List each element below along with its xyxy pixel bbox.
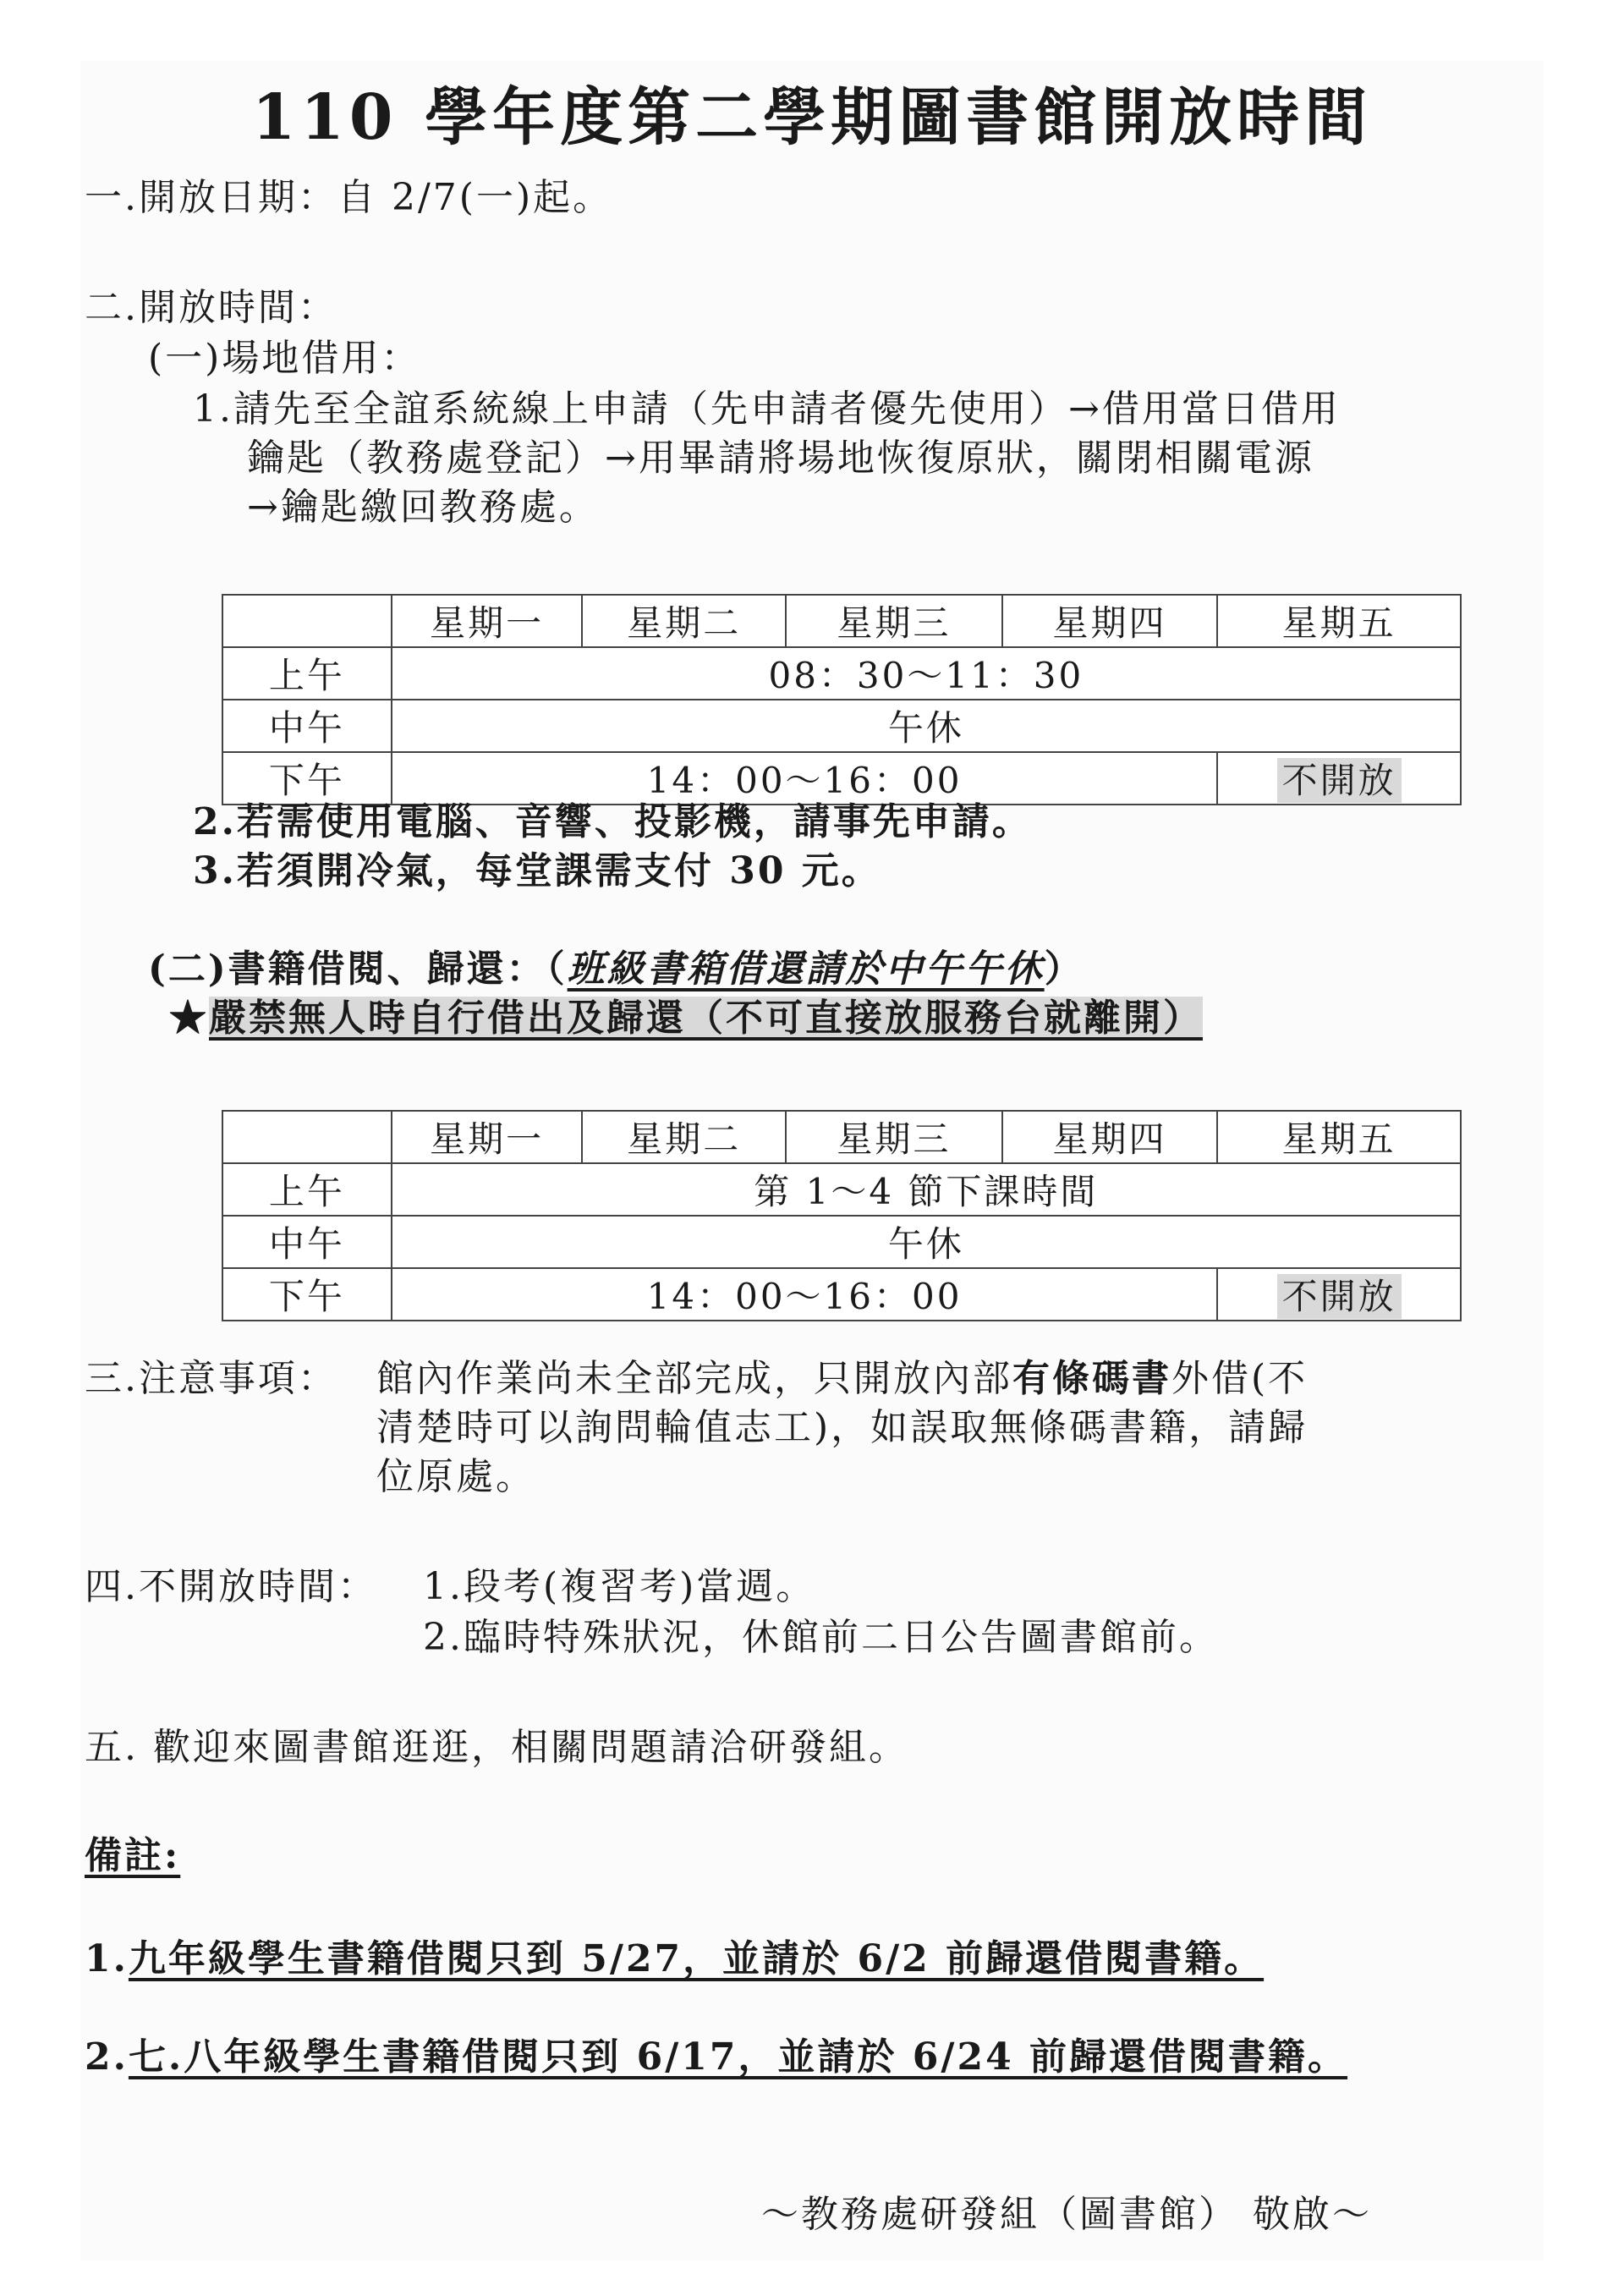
row-label: 中午 — [222, 1216, 392, 1268]
open-hours-heading: 二.開放時間： — [85, 284, 337, 332]
venue-heading: (一)場地借用： — [148, 335, 420, 382]
row-label: 中午 — [222, 700, 392, 752]
row-value: 第 1～4 節下課時間 — [392, 1163, 1461, 1216]
header-cell — [222, 595, 392, 647]
header-cell: 星期五 — [1217, 595, 1461, 647]
books-heading-note: 班級書箱借還請於中午午休 — [568, 948, 1045, 991]
header-cell: 星期五 — [1217, 1111, 1461, 1163]
header-cell: 星期三 — [786, 595, 1002, 647]
header-cell: 星期三 — [786, 1111, 1002, 1163]
barcode-books-emphasis: 有條碼書 — [1012, 1357, 1171, 1400]
venue-item1-line1: 1.請先至全誼系統線上申請（先申請者優先使用）→借用當日借用 — [193, 386, 1341, 433]
venue-schedule-table: 星期一 星期二 星期三 星期四 星期五 上午 08：30～11：30 中午 午休… — [222, 594, 1462, 805]
row-value: 午休 — [392, 1216, 1461, 1268]
closed-label: 不開放 — [1277, 1274, 1402, 1319]
note-item: 1.九年級學生書籍借閱只到 5/27，並請於 6/2 前歸還借閱書籍。 — [85, 1936, 1264, 1983]
notice-line3: 位原處。 — [376, 1453, 535, 1501]
table-row: 中午 午休 — [222, 700, 1461, 752]
row-value: 14：00～16：00 — [392, 1268, 1218, 1321]
books-warning: ★嚴禁無人時自行借出及歸還（不可直接放服務台就離開） — [169, 995, 1203, 1042]
row-label: 下午 — [222, 1268, 392, 1321]
books-heading: (二)書籍借閱、歸還：（班級書箱借還請於中午午休） — [148, 946, 1084, 993]
header-cell — [222, 1111, 392, 1163]
venue-item1-line3: →鑰匙繳回教務處。 — [247, 484, 599, 531]
page-title: 110 學年度第二學期圖書館開放時間 — [0, 68, 1624, 157]
table-row: 中午 午休 — [222, 1216, 1461, 1268]
signature: ～教務處研發組（圖書館） 敬啟～ — [761, 2191, 1372, 2238]
header-cell: 星期二 — [582, 1111, 786, 1163]
closed-times-item2: 2.臨時特殊狀況，休館前二日公告圖書館前。 — [423, 1614, 1219, 1662]
open-date: 一.開放日期：自 2/7(一)起。 — [85, 174, 612, 222]
venue-item2: 2.若需使用電腦、音響、投影機，請事先申請。 — [193, 799, 1032, 846]
friday-closed-cell: 不開放 — [1217, 752, 1461, 805]
star-icon: ★ — [169, 997, 209, 1040]
notes-heading: 備註: — [85, 1832, 180, 1880]
notice-line1: 館內作業尚未全部完成，只開放內部有條碼書外借(不 — [376, 1355, 1308, 1403]
closed-times-item1: 1.段考(複習考)當週。 — [423, 1563, 815, 1611]
table-row: 下午 14：00～16：00 不開放 — [222, 1268, 1461, 1321]
warning-text: 嚴禁無人時自行借出及歸還（不可直接放服務台就離開） — [209, 997, 1203, 1040]
venue-item3: 3.若須開冷氣，每堂課需支付 30 元。 — [193, 848, 881, 895]
notice-line2: 清楚時可以詢問輪值志工)，如誤取無條碼書籍，請歸 — [376, 1404, 1308, 1452]
table-row: 下午 14：00～16：00 不開放 — [222, 752, 1461, 805]
venue-item1-line2: 鑰匙（教務處登記）→用畢請將場地恢復原狀，關閉相關電源 — [247, 435, 1314, 482]
header-cell: 星期四 — [1002, 1111, 1218, 1163]
note-item: 2.七.八年級學生書籍借閱只到 6/17，並請於 6/24 前歸還借閱書籍。 — [85, 2034, 1347, 2081]
row-value: 午休 — [392, 700, 1461, 752]
friday-closed-cell: 不開放 — [1217, 1268, 1461, 1321]
header-cell: 星期四 — [1002, 595, 1218, 647]
row-label: 上午 — [222, 647, 392, 700]
table-row: 上午 第 1～4 節下課時間 — [222, 1163, 1461, 1216]
header-cell: 星期一 — [392, 595, 583, 647]
welcome-text: 五. 歡迎來圖書館逛逛，相關問題請洽研發組。 — [85, 1724, 908, 1771]
header-cell: 星期二 — [582, 595, 786, 647]
row-value: 14：00～16：00 — [392, 752, 1218, 805]
table-header-row: 星期一 星期二 星期三 星期四 星期五 — [222, 595, 1461, 647]
closed-label: 不開放 — [1277, 758, 1402, 803]
table-row: 上午 08：30～11：30 — [222, 647, 1461, 700]
row-label: 上午 — [222, 1163, 392, 1216]
header-cell: 星期一 — [392, 1111, 583, 1163]
row-value: 08：30～11：30 — [392, 647, 1461, 700]
row-label: 下午 — [222, 752, 392, 805]
notice-heading: 三.注意事項： — [85, 1355, 337, 1403]
books-schedule-table: 星期一 星期二 星期三 星期四 星期五 上午 第 1～4 節下課時間 中午 午休… — [222, 1110, 1462, 1321]
closed-times-heading: 四.不開放時間： — [85, 1563, 377, 1611]
table-header-row: 星期一 星期二 星期三 星期四 星期五 — [222, 1111, 1461, 1163]
